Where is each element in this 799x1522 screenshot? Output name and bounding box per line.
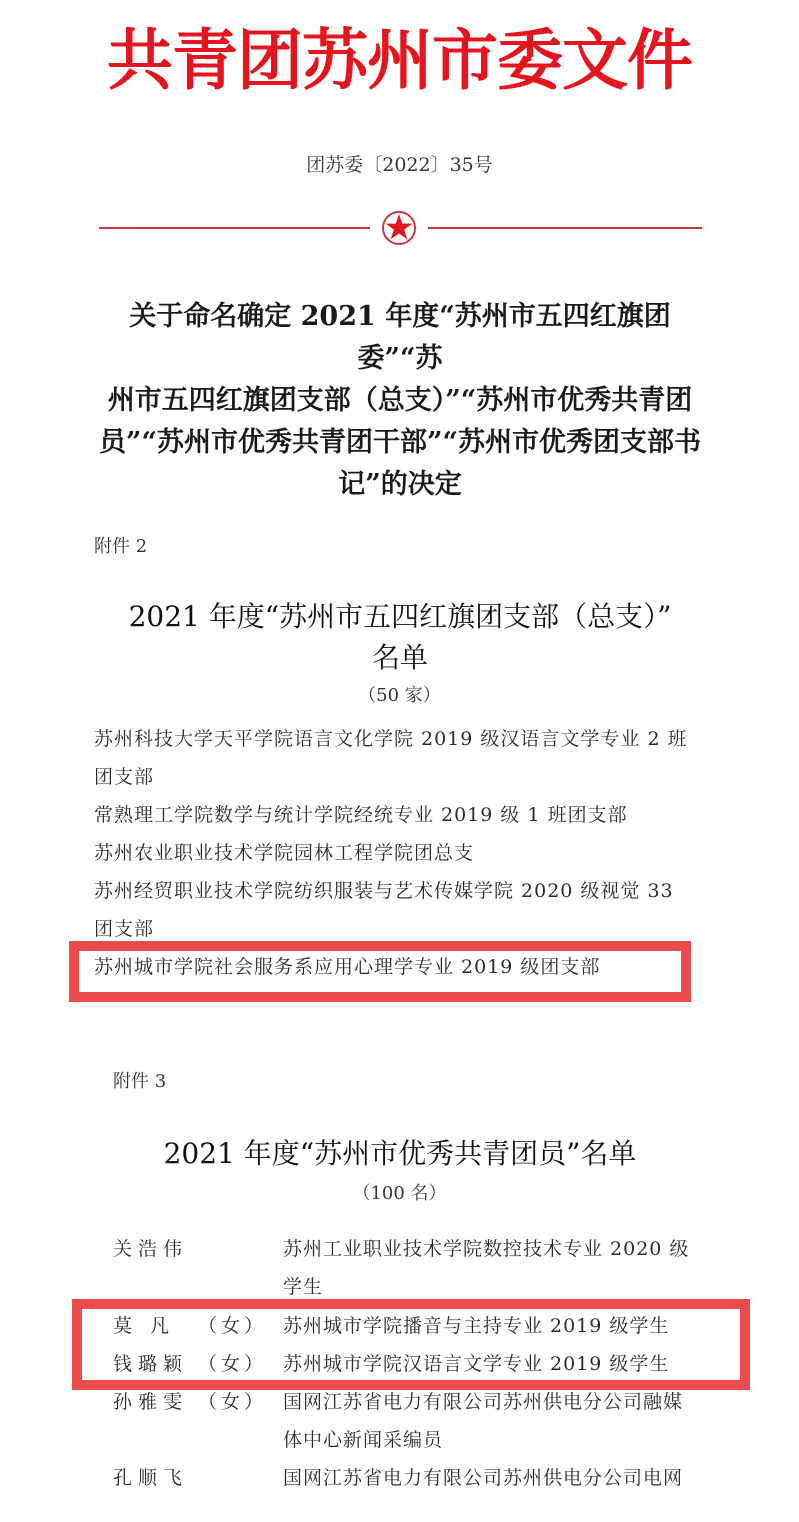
member-gender: （女） — [198, 1383, 278, 1421]
document-masthead: 共青团苏州市委文件 — [0, 20, 799, 100]
decision-title-line: 州市五四红旗团支部（总支）”“苏州市优秀共青团 — [90, 380, 710, 422]
member-row: 孔顺飞 国网江苏省电力有限公司苏州供电分公司电网 — [113, 1459, 753, 1497]
header-rule-right — [428, 227, 702, 229]
attachment-3-label: 附件 3 — [113, 1070, 166, 1094]
attachment-3-title: 2021 年度“苏州市优秀共青团员”名单 — [100, 1134, 700, 1174]
decision-title-line: 记”的决定 — [90, 464, 710, 506]
decision-title-line: 关于命名确定 2021 年度“苏州市五四红旗团委”“苏 — [90, 296, 710, 380]
member-name: 孙雅雯 — [113, 1383, 193, 1421]
member-row: 关浩伟 苏州工业职业技术学院数控技术专业 2020 级 — [113, 1230, 753, 1268]
member-name: 孔顺飞 — [113, 1459, 193, 1497]
member-name: 关浩伟 — [113, 1230, 193, 1268]
branch-list-item: 团支部 — [94, 758, 714, 796]
branch-list-item: 苏州科技大学天平学院语言文化学院 2019 级汉语言文学专业 2 班 — [94, 720, 714, 758]
branch-list-item: 常熟理工学院数学与统计学院经统专业 2019 级 1 班团支部 — [94, 796, 714, 834]
member-org: 苏州工业职业技术学院数控技术专业 2020 级 — [283, 1230, 723, 1268]
attachment-2-title-cont: 名单 — [60, 638, 740, 678]
member-org: 国网江苏省电力有限公司苏州供电分公司融媒 — [283, 1383, 723, 1421]
highlight-box-members — [72, 1299, 750, 1390]
header-rule-left — [99, 227, 370, 229]
document-number: 团苏委〔2022〕35号 — [0, 152, 799, 178]
decision-title: 关于命名确定 2021 年度“苏州市五四红旗团委”“苏 州市五四红旗团支部（总支… — [90, 296, 710, 506]
attachment-2-count: （50 家） — [0, 684, 799, 708]
decision-title-line: 员”“苏州市优秀共青团干部”“苏州市优秀团支部书 — [90, 422, 710, 464]
attachment-3-count: （100 名） — [0, 1182, 799, 1206]
member-org-cont: 体中心新闻采编员 — [283, 1421, 723, 1459]
member-org: 国网江苏省电力有限公司苏州供电分公司电网 — [283, 1459, 723, 1497]
member-row: 孙雅雯 （女） 国网江苏省电力有限公司苏州供电分公司融媒 — [113, 1383, 753, 1421]
red-star-icon — [381, 210, 417, 246]
branch-list-item: 苏州农业职业技术学院园林工程学院团总支 — [94, 834, 714, 872]
highlight-box-branch — [69, 941, 691, 1002]
attachment-2-title: 2021 年度“苏州市五四红旗团支部（总支）” — [60, 597, 740, 637]
member-row-cont: 体中心新闻采编员 — [113, 1421, 753, 1459]
branch-list-item: 苏州经贸职业技术学院纺织服装与艺术传媒学院 2020 级视觉 33 — [94, 872, 714, 910]
attachment-2-label: 附件 2 — [94, 535, 147, 559]
